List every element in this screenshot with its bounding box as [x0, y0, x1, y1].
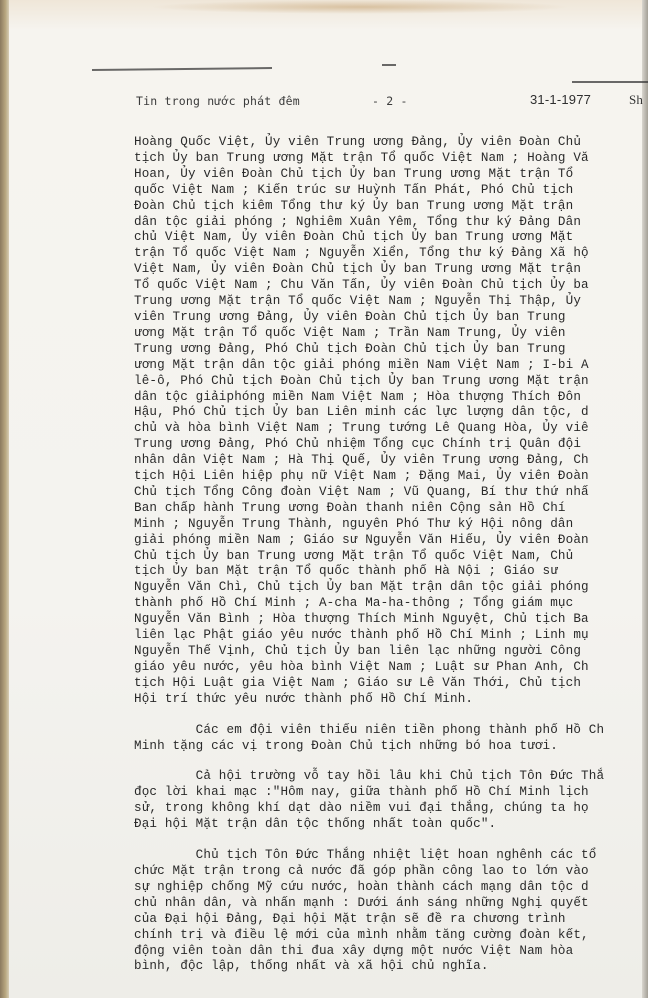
text-line: viên Trung ương Đảng, Ủy viên Đoàn Chủ t… — [134, 310, 648, 326]
paragraph: Cả hội trường vỗ tay hồi lâu khi Chủ tịc… — [134, 769, 648, 833]
text-line: trận Tổ quốc Việt Nam ; Nguyễn Xiển, Tổn… — [134, 246, 648, 262]
top-rule-left — [92, 67, 272, 71]
paragraph: Hoàng Quốc Việt, Ủy viên Trung ương Đảng… — [134, 135, 648, 708]
text-line: động viên toàn dân thi đua xây dựng một … — [134, 944, 648, 960]
text-line: giải phóng miền Nam ; Giáo sư Nguyễn Văn… — [134, 533, 648, 549]
header-title: Tin trong nước phát đêm — [136, 94, 300, 108]
text-line: quốc Việt Nam ; Kiến trúc sư Huỳnh Tấn P… — [134, 183, 648, 199]
text-line: chính trị và điều lệ mới của mình nhằm t… — [134, 928, 648, 944]
text-line: liên lạc Phật giáo yêu nước thành phố Hồ… — [134, 628, 648, 644]
document-header: Tin trong nước phát đêm - 2 - 31-1-1977 … — [136, 94, 648, 112]
text-line: chức Mặt trận trong cả nước đã góp phần … — [134, 864, 648, 880]
text-line: Các em đội viên thiếu niên tiền phong th… — [134, 723, 648, 739]
text-line: tịch Ủy ban Trung ương Mặt trận Tổ quốc … — [134, 151, 648, 167]
paragraph: Chủ tịch Tôn Đức Thắng nhiệt liệt hoan n… — [134, 848, 648, 975]
text-line: Nguyễn Thế Vịnh, Chủ tịch Ủy ban liên lạ… — [134, 644, 648, 660]
text-line: tịch Hội Liên hiệp phụ nữ Việt Nam ; Đặn… — [134, 469, 648, 485]
text-line: tịch Ủy ban Mặt trận Tổ quốc thành phố H… — [134, 564, 648, 580]
text-line: chủ và hòa bình Việt Nam ; Trung tướng L… — [134, 421, 648, 437]
text-line: Đoàn Chủ tịch kiêm Tổng thư ký Ủy ban Tr… — [134, 199, 648, 215]
document-date: 31-1-1977 — [530, 92, 591, 107]
page-number: - 2 - — [372, 94, 408, 108]
top-rule-right — [572, 81, 648, 83]
text-line: giáo yêu nước, yêu hòa bình Việt Nam ; L… — [134, 660, 648, 676]
text-line: Hoan, Ủy viên Đoàn Chủ tịch Ủy ban Trung… — [134, 167, 648, 183]
text-line: Nguyễn Văn Bình ; Hòa thượng Thích Minh … — [134, 612, 648, 628]
text-line: đọc lời khai mạc :"Hôm nay, giữa thành p… — [134, 785, 648, 801]
text-line: sự nghiệp chống Mỹ cứu nước, hoàn thành … — [134, 880, 648, 896]
text-line: Trung ương Đảng, Phó Chủ nhiệm Tổng cục … — [134, 437, 648, 453]
page-binding-edge — [0, 0, 9, 998]
text-line: Trung ương Mặt trận Tổ quốc Việt Nam ; N… — [134, 294, 648, 310]
text-line: Chủ tịch Tổng Công đoàn Việt Nam ; Vũ Qu… — [134, 485, 648, 501]
paper-stain — [150, 0, 570, 14]
text-line: Cả hội trường vỗ tay hồi lâu khi Chủ tịc… — [134, 769, 648, 785]
text-line: dân tộc giải phóng ; Nghiêm Xuân Yêm, Tổ… — [134, 215, 648, 231]
text-line: lê-ô, Phó Chủ tịch Đoàn Chủ tịch Ủy ban … — [134, 374, 648, 390]
text-line: chủ Việt Nam, Ủy viên Đoàn Chủ tịch Ủy b… — [134, 230, 648, 246]
text-line: của Đại hội Đảng, Đại hội Mặt trận sẽ đề… — [134, 912, 648, 928]
text-line: ương Mặt trận dân tộc giải phóng miền Na… — [134, 358, 648, 374]
text-line: tịch Hội Luật gia Việt Nam ; Giáo sư Lê … — [134, 676, 648, 692]
text-line: Tổ quốc Việt Nam ; Chu Văn Tấn, Ủy viên … — [134, 278, 648, 294]
text-line: Minh ; Nguyễn Trung Thành, nguyên Phó Th… — [134, 517, 648, 533]
text-line: bình, độc lập, thống nhất và xã hội chủ … — [134, 959, 648, 975]
text-line: Chủ tịch Tôn Đức Thắng nhiệt liệt hoan n… — [134, 848, 648, 864]
text-line: Chủ tịch Ủy ban Trung ương Mặt trận Tổ q… — [134, 549, 648, 565]
text-line: chủ nhân dân, và nhấn mạnh : Dưới ánh sá… — [134, 896, 648, 912]
text-line: ương Mặt trận Tổ quốc Việt Nam ; Trần Na… — [134, 326, 648, 342]
text-line: dân tộc giảiphóng miền Nam Việt Nam ; Hò… — [134, 390, 648, 406]
text-line: sử, trong không khí dạt dào niềm vui đại… — [134, 801, 648, 817]
text-line: Đại hội Mặt trận dân tộc thống nhất toàn… — [134, 817, 648, 833]
document-code: Sh — [629, 92, 643, 108]
text-line: Việt Nam, Ủy viên Đoàn Chủ tịch Ủy ban T… — [134, 262, 648, 278]
text-line: Hậu, Phó Chủ tịch Ủy ban Liên minh các l… — [134, 405, 648, 421]
scanned-document-page: Tin trong nước phát đêm - 2 - 31-1-1977 … — [0, 0, 648, 998]
text-line: Nguyễn Văn Chì, Chủ tịch Ủy ban Mặt trận… — [134, 580, 648, 596]
text-line: nhân dân Việt Nam ; Hà Thị Quế, Ủy viên … — [134, 453, 648, 469]
text-line: Trung ương Đảng, Phó Chủ tịch Đoàn Chủ t… — [134, 342, 648, 358]
text-line: Hội trí thức yêu nước thành phố Hồ Chí M… — [134, 692, 648, 708]
text-line: Minh tặng các vị trong Đoàn Chủ tịch nhữ… — [134, 739, 648, 755]
text-line: Ban chấp hành Trung ương Đoàn thanh niên… — [134, 501, 648, 517]
paragraph: Các em đội viên thiếu niên tiền phong th… — [134, 723, 648, 755]
document-body: Hoàng Quốc Việt, Ủy viên Trung ương Đảng… — [134, 135, 648, 975]
text-line: thành phố Hồ Chí Minh ; A-cha Ma-ha-thôn… — [134, 596, 648, 612]
text-line: Hoàng Quốc Việt, Ủy viên Trung ương Đảng… — [134, 135, 648, 151]
top-rule-mid — [382, 64, 396, 66]
